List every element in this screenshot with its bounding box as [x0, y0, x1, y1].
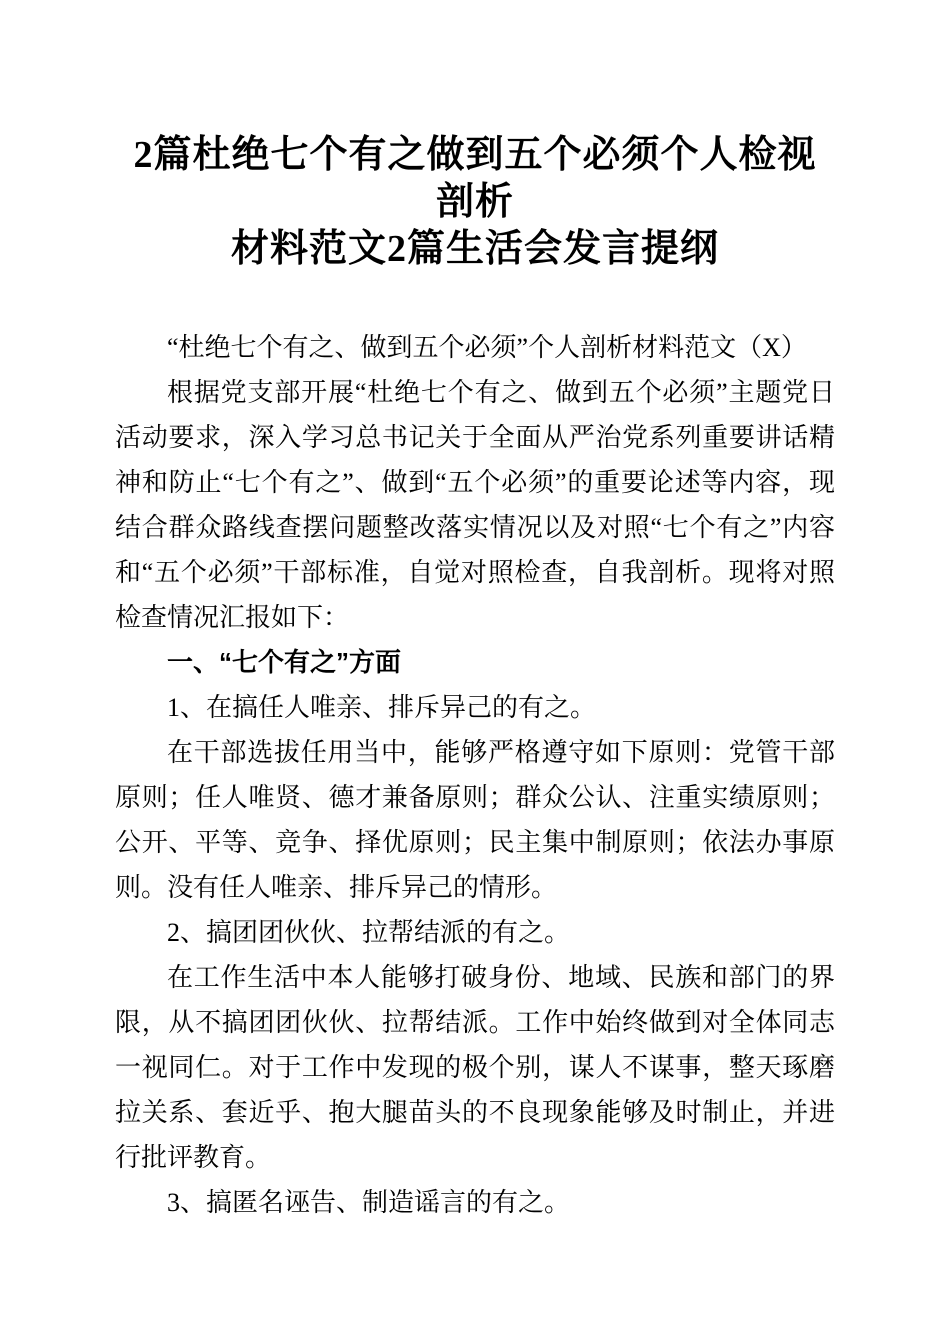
document-body: “杜绝七个有之、做到五个必须”个人剖析材料范文（X） 根据党支部开展“杜绝七个有…: [115, 325, 835, 1225]
paragraph-item-3-title: 3、搞匿名诬告、制造谣言的有之。: [115, 1180, 835, 1225]
paragraph-item-1-title: 1、在搞任人唯亲、排斥异己的有之。: [115, 685, 835, 730]
paragraph-item-2-title: 2、搞团团伙伙、拉帮结派的有之。: [115, 910, 835, 955]
document-title-line-2: 材料范文2篇生活会发言提纲: [115, 226, 835, 273]
paragraph-item-1-body: 在干部选拔任用当中，能够严格遵守如下原则：党管干部原则；任人唯贤、德才兼备原则；…: [115, 730, 835, 910]
paragraph-subtitle: “杜绝七个有之、做到五个必须”个人剖析材料范文（X）: [115, 325, 835, 370]
document-title-line-1: 2篇杜绝七个有之做到五个必须个人检视剖析: [115, 132, 835, 226]
paragraph-item-2-body: 在工作生活中本人能够打破身份、地域、民族和部门的界限，从不搞团团伙伙、拉帮结派。…: [115, 955, 835, 1180]
document-title: 2篇杜绝七个有之做到五个必须个人检视剖析 材料范文2篇生活会发言提纲: [115, 132, 835, 273]
document-page: 2篇杜绝七个有之做到五个必须个人检视剖析 材料范文2篇生活会发言提纲 “杜绝七个…: [0, 0, 950, 1344]
section-heading-qige-youzhi: 一、“七个有之”方面: [115, 640, 835, 685]
paragraph-intro: 根据党支部开展“杜绝七个有之、做到五个必须”主题党日活动要求，深入学习总书记关于…: [115, 370, 835, 640]
